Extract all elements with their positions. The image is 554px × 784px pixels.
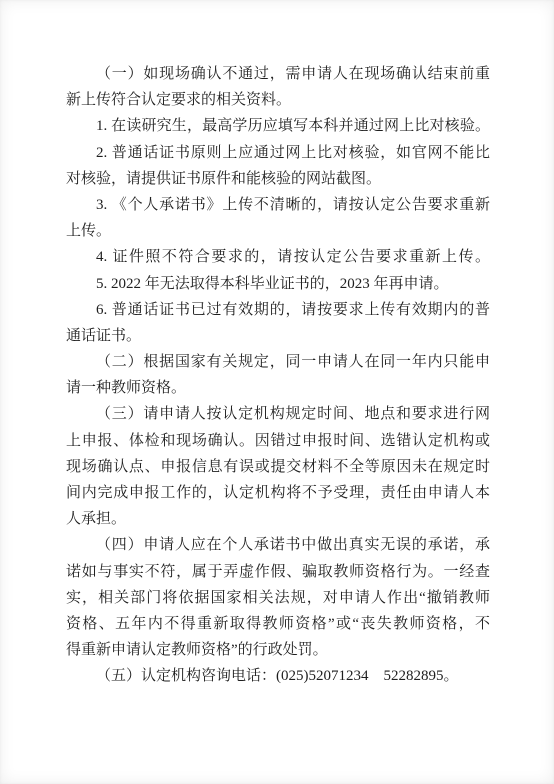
text-line: 5. 2022 年无法取得本科毕业证书的，2023 年再申请。	[66, 271, 490, 297]
text-line: 人承担。	[66, 506, 490, 532]
text-line: 1. 在读研究生，最高学历应填写本科并通过网上比对核验。	[66, 113, 490, 139]
text-line: 资格、五年内不得重新取得教师资格”或“丧失教师资格，不	[66, 611, 490, 637]
text-line: 间内完成申报工作的，认定机构将不予受理，责任由申请人本	[66, 480, 490, 506]
text-line: （二）根据国家有关规定，同一申请人在同一年内只能申	[66, 349, 490, 375]
text-line: 上传。	[66, 218, 490, 244]
text-line: 现场确认点、申报信息有误或提交材料不全等原因未在规定时	[66, 454, 490, 480]
text-line: （四）申请人应在个人承诺书中做出真实无误的承诺，承	[66, 532, 490, 558]
text-line: 请一种教师资格。	[66, 375, 490, 401]
text-line: 诺如与事实不符，属于弄虚作假、骗取教师资格行为。一经查	[66, 559, 490, 585]
text-line: 2. 普通话证书原则上应通过网上比对核验，如官网不能比	[66, 140, 490, 166]
text-line: 实，相关部门将依据国家相关法规，对申请人作出“撤销教师	[66, 585, 490, 611]
text-line: 通话证书。	[66, 323, 490, 349]
notice-text-block: （一）如现场确认不通过，需申请人在现场确认结束前重新上传符合认定要求的相关资料。…	[66, 61, 490, 690]
text-line: 上申报、体检和现场确认。因错过申报时间、选错认定机构或	[66, 428, 490, 454]
text-line: 4. 证件照不符合要求的，请按认定公告要求重新上传。	[66, 244, 490, 270]
scanned-document-page: （一）如现场确认不通过，需申请人在现场确认结束前重新上传符合认定要求的相关资料。…	[0, 0, 554, 784]
text-line: 3. 《个人承诺书》上传不清晰的，请按认定公告要求重新	[66, 192, 490, 218]
text-line: （三）请申请人按认定机构规定时间、地点和要求进行网	[66, 401, 490, 427]
text-line: （一）如现场确认不通过，需申请人在现场确认结束前重	[66, 61, 490, 87]
text-line: （五）认定机构咨询电话：(025)52071234 52282895。	[66, 663, 490, 689]
text-line: 得重新申请认定教师资格”的行政处罚。	[66, 637, 490, 663]
screenshot-root: { "page": { "background_color": "#ffffff…	[0, 0, 554, 784]
text-line: 6. 普通话证书已过有效期的，请按要求上传有效期内的普	[66, 297, 490, 323]
text-line: 新上传符合认定要求的相关资料。	[66, 87, 490, 113]
text-line: 对核验，请提供证书原件和能核验的网站截图。	[66, 166, 490, 192]
